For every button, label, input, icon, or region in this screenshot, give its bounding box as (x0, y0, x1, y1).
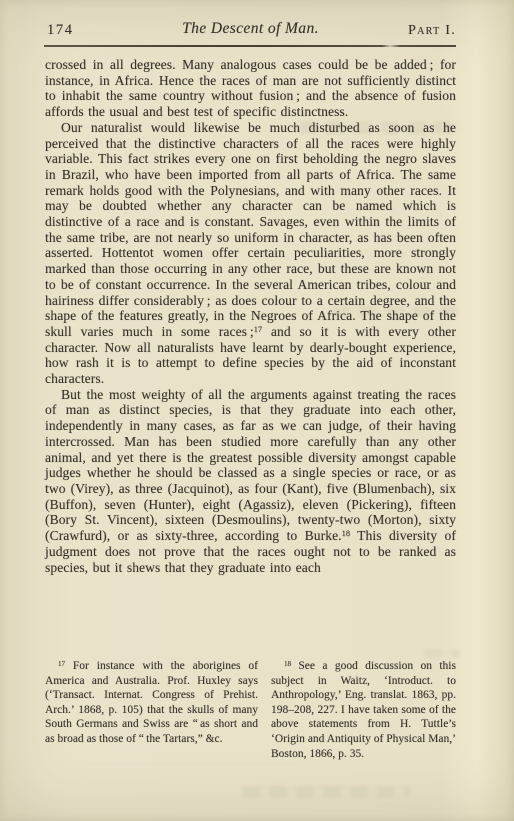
footnote-text: 17 For instance with the aborigines of A… (45, 659, 258, 747)
footnotes-section: 17 For instance with the aborigines of A… (45, 659, 456, 761)
part-label: Part I. (408, 23, 456, 39)
book-page: 174 The Descent of Man. Part I. crossed … (0, 0, 514, 821)
paragraph: Our naturalist would likewise be much di… (45, 120, 456, 387)
running-title: The Descent of Man. (45, 20, 456, 38)
footnote-18: 18 See a good discussion on this subject… (271, 659, 456, 761)
page-header: 174 The Descent of Man. Part I. (45, 20, 456, 42)
bleedthrough-artifact (242, 786, 410, 798)
header-rule (44, 45, 456, 47)
bleedthrough-artifact (424, 649, 460, 658)
footnote-ref: 18 (284, 660, 291, 668)
paragraph: crossed in all degrees. Many analogous c… (45, 57, 456, 120)
paragraph: But the most weighty of all the argument… (45, 387, 456, 575)
footnote-ref: 17 (254, 325, 262, 334)
body-text: crossed in all degrees. Many analogous c… (45, 57, 456, 575)
footnote-ref: 18 (342, 529, 350, 538)
footnote-17: 17 For instance with the aborigines of A… (45, 659, 258, 761)
footnote-ref: 17 (58, 660, 65, 668)
footnote-text: 18 See a good discussion on this subject… (271, 659, 456, 761)
